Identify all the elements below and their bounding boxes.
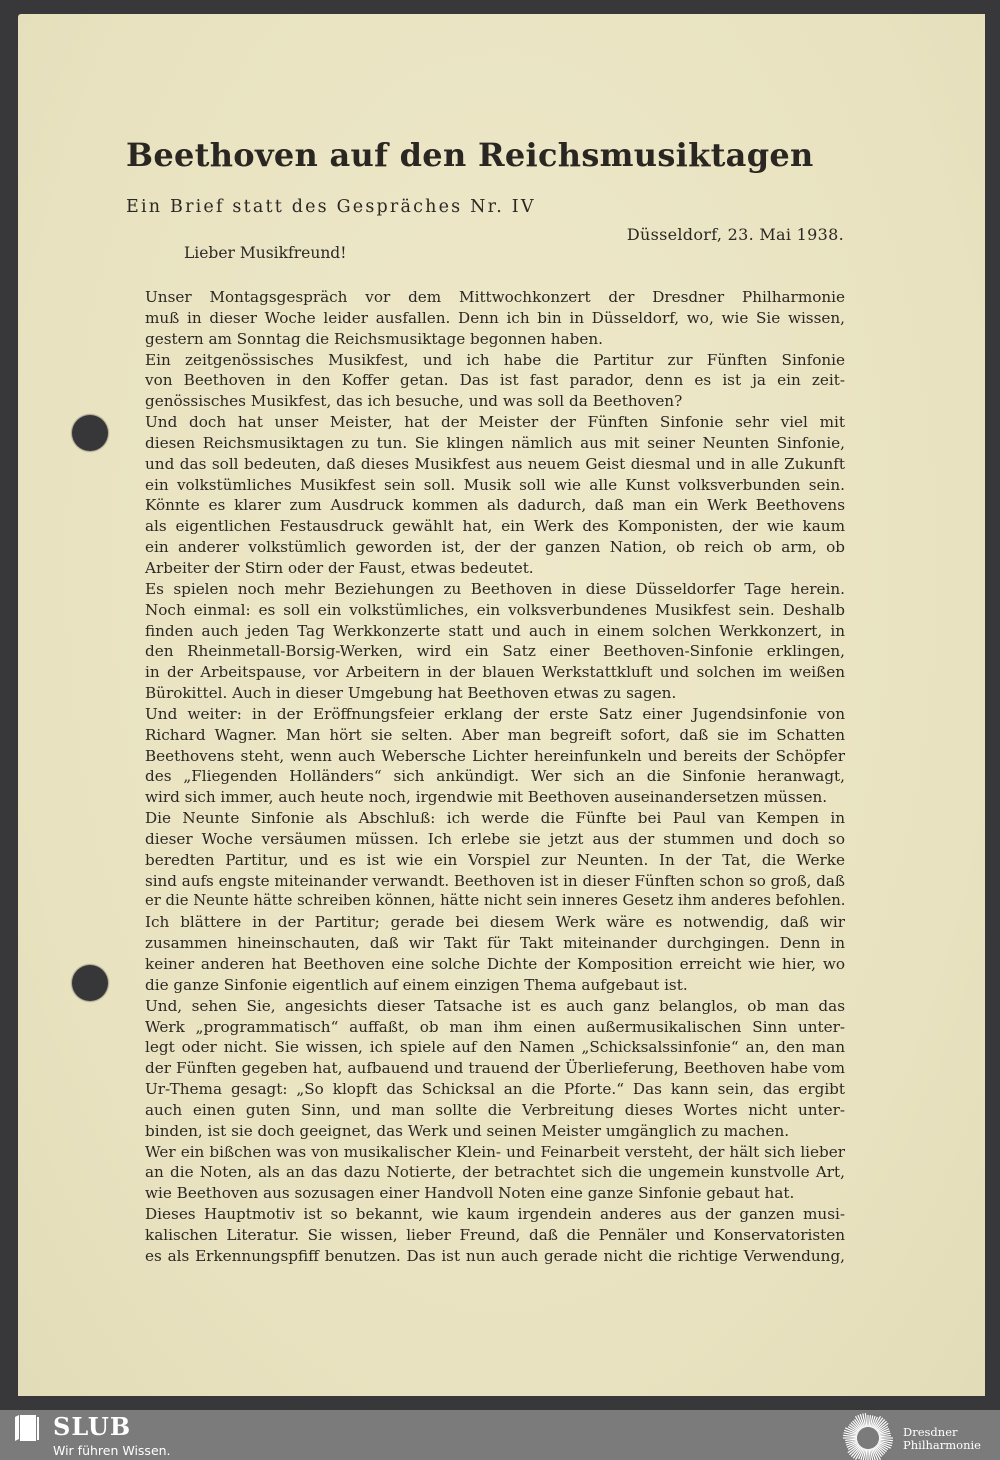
text-line: Dieses Hauptmotiv ist so bekannt, wie ka… <box>145 1204 845 1225</box>
text-line: die ganze Sinfonie eigentlich auf einem … <box>145 975 845 996</box>
text-line: Könnte es klarer zum Ausdruck kommen als… <box>145 495 845 516</box>
text-line: Unser Montagsgespräch vor dem Mittwochko… <box>145 287 845 308</box>
text-line: ein anderer volkstümlich geworden ist, d… <box>145 537 845 558</box>
philharmonie-sunburst-icon <box>841 1411 895 1460</box>
text-line: Bürokittel. Auch in dieser Umgebung hat … <box>145 683 845 704</box>
text-line: dieser Woche versäumen müssen. Ich erleb… <box>145 829 845 850</box>
slub-logo-text[interactable]: SLUB <box>53 1412 131 1441</box>
punch-hole-bottom <box>72 965 108 1001</box>
document-subtitle: Ein Brief statt des Gespräches Nr. IV <box>126 197 536 217</box>
dateline: Düsseldorf, 23. Mai 1938. <box>627 225 844 244</box>
footer-bar: SLUB Wir führen Wissen. Dresdner Philhar… <box>0 1410 1000 1460</box>
slub-tagline: Wir führen Wissen. <box>53 1443 171 1458</box>
text-line: genössisches Musikfest, das ich besuche,… <box>145 391 845 412</box>
text-line: Die Neunte Sinfonie als Abschluß: ich we… <box>145 808 845 829</box>
text-line: er die Neunte hätte schreiben können, hä… <box>145 891 845 912</box>
philharmonie-line2: Philharmonie <box>903 1439 981 1452</box>
text-line: Richard Wagner. Man hört sie selten. Abe… <box>145 725 845 746</box>
text-line: ein volkstümliches Musikfest sein soll. … <box>145 475 845 496</box>
text-line: sind aufs engste miteinander verwandt. B… <box>145 871 845 892</box>
text-line: Ur-Thema gesagt: „So klopft das Schicksa… <box>145 1079 845 1100</box>
text-line: gestern am Sonntag die Reichsmusiktage b… <box>145 329 845 350</box>
text-line: in der Arbeitspause, vor Arbeitern in de… <box>145 662 845 683</box>
philharmonie-logo-text[interactable]: Dresdner Philharmonie <box>903 1426 981 1452</box>
text-line: keiner anderen hat Beethoven eine solche… <box>145 954 845 975</box>
punch-hole-top <box>72 415 108 451</box>
text-line: legt oder nicht. Sie wissen, ich spiele … <box>145 1037 845 1058</box>
text-line: Werk „programmatisch“ auffaßt, ob man ih… <box>145 1017 845 1038</box>
text-line: Ich blättere in der Partitur; gerade bei… <box>145 912 845 933</box>
text-line: Beethovens steht, wenn auch Webersche Li… <box>145 746 845 767</box>
text-line: Und weiter: in der Eröffnungsfeier erkla… <box>145 704 845 725</box>
letter-body: Unser Montagsgespräch vor dem Mittwochko… <box>145 287 845 1267</box>
text-line: Und, sehen Sie, angesichts dieser Tatsac… <box>145 996 845 1017</box>
slub-book-icon <box>14 1413 40 1443</box>
text-line: diesen Reichsmusiktagen zu tun. Sie klin… <box>145 433 845 454</box>
text-line: den Rheinmetall-Borsig-Werken, wird ein … <box>145 641 845 662</box>
salutation: Lieber Musikfreund! <box>184 244 346 262</box>
text-line: und das soll bedeuten, daß dieses Musikf… <box>145 454 845 475</box>
text-line: Noch einmal: es soll ein volkstümliches,… <box>145 600 845 621</box>
text-line: zusammen hineinschauten, daß wir Takt fü… <box>145 933 845 954</box>
text-line: auch einen guten Sinn, und man sollte di… <box>145 1100 845 1121</box>
text-line: muß in dieser Woche leider ausfallen. De… <box>145 308 845 329</box>
text-line: binden, ist sie doch geeignet, das Werk … <box>145 1121 845 1142</box>
text-line: Und doch hat unser Meister, hat der Meis… <box>145 412 845 433</box>
text-line: an die Noten, als an das dazu Notierte, … <box>145 1162 845 1183</box>
text-line: Wer ein bißchen was von musikalischer Kl… <box>145 1142 845 1163</box>
text-line: des „Fliegenden Holländers“ sich ankündi… <box>145 766 845 787</box>
text-line: wie Beethoven aus sozusagen einer Handvo… <box>145 1183 845 1204</box>
text-line: von Beethoven in den Koffer getan. Das i… <box>145 370 845 391</box>
text-line: beredten Partitur, und es ist wie ein Vo… <box>145 850 845 871</box>
text-line: als eigentlichen Festausdruck gewählt ha… <box>145 516 845 537</box>
text-line: Es spielen noch mehr Beziehungen zu Beet… <box>145 579 845 600</box>
text-line: Arbeiter der Stirn oder der Faust, etwas… <box>145 558 845 579</box>
text-line: kalischen Literatur. Sie wissen, lieber … <box>145 1225 845 1246</box>
text-line: wird sich immer, auch heute noch, irgend… <box>145 787 845 808</box>
text-line: es als Erkennungspfiff benutzen. Das ist… <box>145 1246 845 1267</box>
text-line: Ein zeitgenössisches Musikfest, und ich … <box>145 350 845 371</box>
text-line: der Fünften gegeben hat, aufbauend und t… <box>145 1058 845 1079</box>
text-line: finden auch jeden Tag Werkkonzerte statt… <box>145 621 845 642</box>
document-title: Beethoven auf den Reichsmusiktagen <box>126 136 846 174</box>
